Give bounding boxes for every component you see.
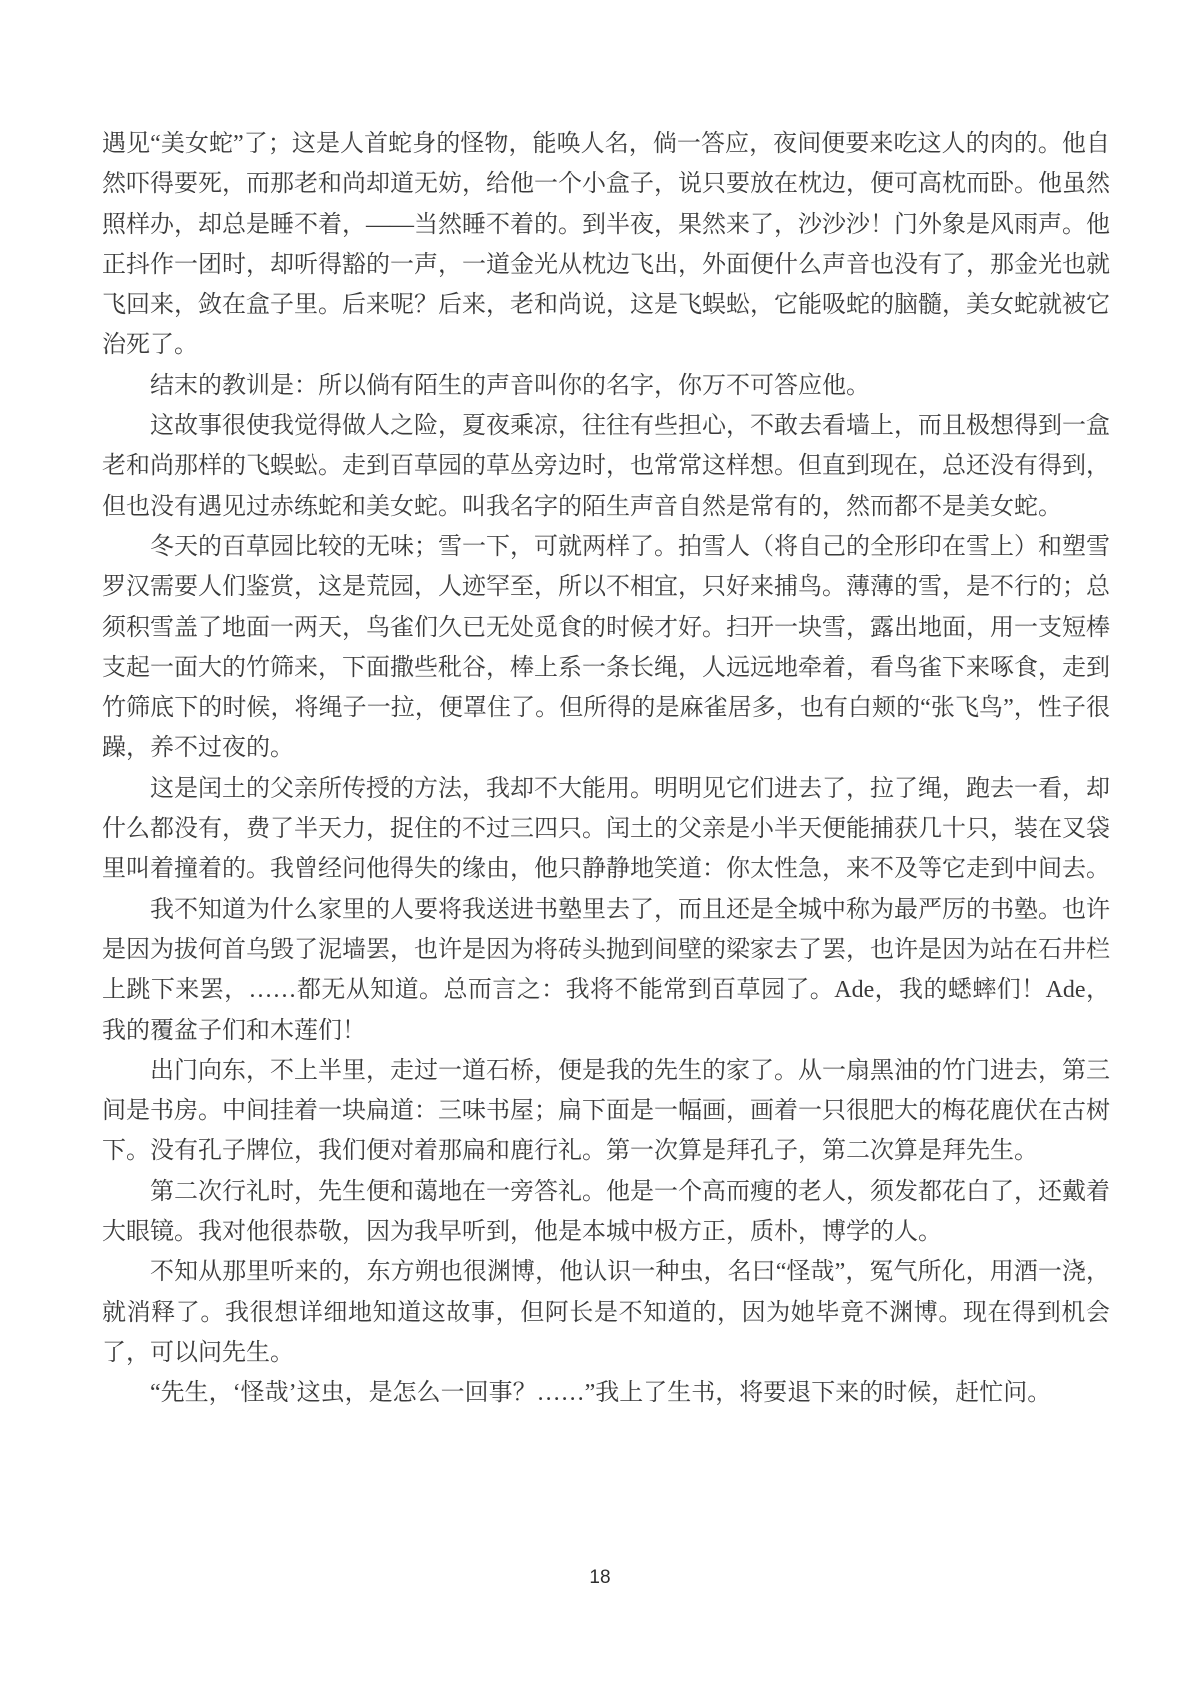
paragraph: 遇见“美女蛇”了；这是人首蛇身的怪物，能唤人名，倘一答应，夜间便要来吃这人的肉的… xyxy=(102,124,1110,366)
document-page: 遇见“美女蛇”了；这是人首蛇身的怪物，能唤人名，倘一答应，夜间便要来吃这人的肉的… xyxy=(0,0,1200,1697)
paragraph: 我不知道为什么家里的人要将我送进书塾里去了，而且还是全城中称为最严厉的书塾。也许… xyxy=(102,890,1110,1051)
paragraph: 结末的教训是：所以倘有陌生的声音叫你的名字，你万不可答应他。 xyxy=(102,366,1110,406)
paragraph: 冬天的百草园比较的无味；雪一下，可就两样了。拍雪人（将自己的全形印在雪上）和塑雪… xyxy=(102,527,1110,769)
paragraph: 出门向东，不上半里，走过一道石桥，便是我的先生的家了。从一扇黑油的竹门进去，第三… xyxy=(102,1051,1110,1172)
page-number: 18 xyxy=(0,1566,1200,1590)
body-text: 遇见“美女蛇”了；这是人首蛇身的怪物，能唤人名，倘一答应，夜间便要来吃这人的肉的… xyxy=(102,124,1110,1414)
paragraph: 第二次行礼时，先生便和蔼地在一旁答礼。他是一个高而瘦的老人，须发都花白了，还戴着… xyxy=(102,1172,1110,1253)
paragraph: 这是闰土的父亲所传授的方法，我却不大能用。明明见它们进去了，拉了绳，跑去一看，却… xyxy=(102,769,1110,890)
paragraph: 这故事很使我觉得做人之险，夏夜乘凉，往往有些担心，不敢去看墙上，而且极想得到一盒… xyxy=(102,406,1110,527)
paragraph: “先生，‘怪哉’这虫，是怎么一回事？……”我上了生书，将要退下来的时候，赶忙问。 xyxy=(102,1373,1110,1413)
paragraph: 不知从那里听来的，东方朔也很渊博，他认识一种虫，名曰“怪哉”，冤气所化，用酒一浇… xyxy=(102,1252,1110,1373)
